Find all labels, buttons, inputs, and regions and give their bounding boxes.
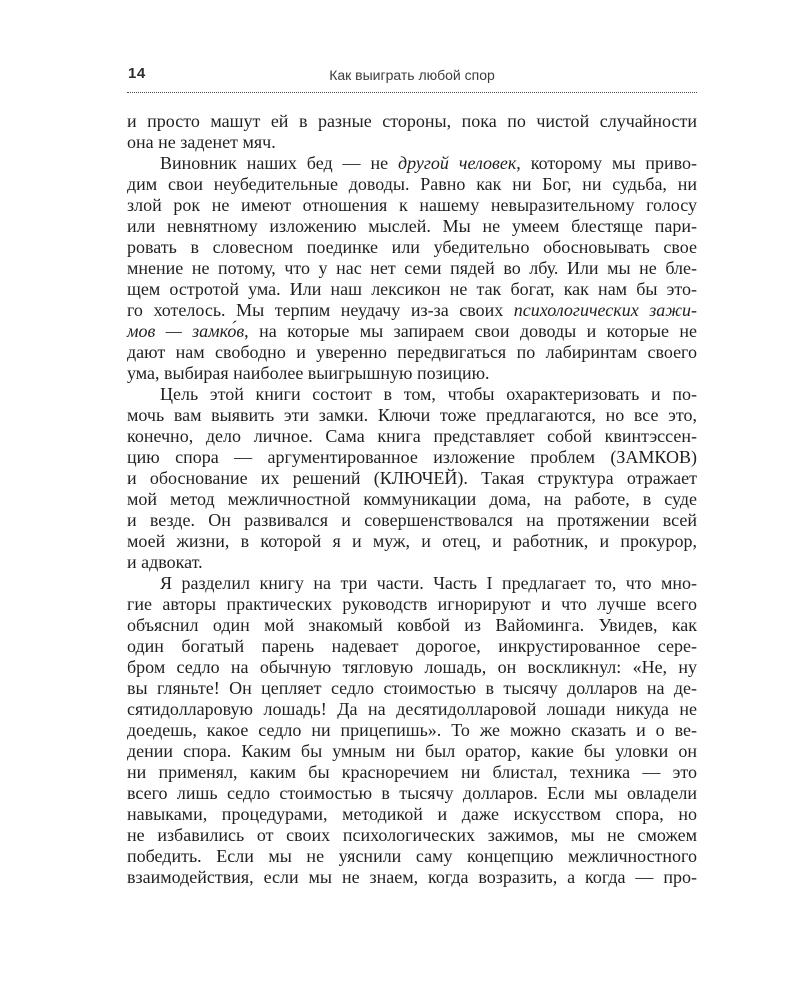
text-run: ровать в словесном поединке или убедител… <box>127 237 697 257</box>
text-line: мнение не потому, что у нас нет семи пяд… <box>127 258 697 279</box>
text-run: или невнятному изложению мыслей. Мы не у… <box>127 216 697 236</box>
text-run: вы гляньте! Он цепляет седло стоимостью … <box>127 678 697 698</box>
text-run: мочь вам выявить эти замки. Ключи тоже п… <box>127 405 697 425</box>
text-line: мой метод межличностной коммуникации дом… <box>127 489 697 510</box>
text-line: сятидолларовую лошадь! Да на десятидолла… <box>127 699 697 720</box>
text-run: цию спора — аргументированное изложение … <box>127 447 697 467</box>
text-run: Цель этой книги состоит в том, чтобы оха… <box>160 384 697 404</box>
text-line: гие авторы практических руководств игнор… <box>127 594 697 615</box>
text-run: объяснил один мой знакомый ковбой из Вай… <box>127 615 697 635</box>
paragraph: Я разделил книгу на три части. Часть I п… <box>127 573 697 888</box>
text-line: Я разделил книгу на три части. Часть I п… <box>127 573 697 594</box>
text-line: злой рок не имеют отношения к нашему нев… <box>127 195 697 216</box>
paragraph: и просто машут ей в разные стороны, пока… <box>127 111 697 153</box>
text-run: доедешь, какое седло ни прицепишь». То ж… <box>127 720 697 740</box>
text-line: она не заденет мяч. <box>127 132 697 153</box>
text-run: мой метод межличностной коммуникации дом… <box>127 489 697 509</box>
text-run: один богатый парень надевает дорогое, ин… <box>127 636 697 656</box>
text-line: и обоснование их решений (КЛЮЧЕЙ). Такая… <box>127 468 697 489</box>
text-line: навыками, процедурами, методикой и даже … <box>127 804 697 825</box>
text-line: объяснил один мой знакомый ковбой из Вай… <box>127 615 697 636</box>
text-line: ровать в словесном поединке или убедител… <box>127 237 697 258</box>
text-run: навыками, процедурами, методикой и даже … <box>127 804 697 824</box>
text-run: дении спора. Каким бы умным ни был орато… <box>127 741 697 761</box>
text-run: сятидолларовую лошадь! Да на десятидолла… <box>127 699 697 719</box>
text-line: щем остротой ума. Или наш лексикон не та… <box>127 279 697 300</box>
text-line: мочь вам выявить эти замки. Ключи тоже п… <box>127 405 697 426</box>
text-line: моей жизни, в которой я и муж, и отец, и… <box>127 531 697 552</box>
text-run: злой рок не имеют отношения к нашему нев… <box>127 195 697 215</box>
text-line: дают нам свободно и уверенно передвигать… <box>127 342 697 363</box>
text-run: и обоснование их решений (КЛЮЧЕЙ). Такая… <box>127 468 697 488</box>
text-line: или невнятному изложению мыслей. Мы не у… <box>127 216 697 237</box>
text-line: дении спора. Каким бы умным ни был орато… <box>127 741 697 762</box>
text-line: цию спора — аргументированное изложение … <box>127 447 697 468</box>
text-line: всего лишь седло стоимостью в тысячу дол… <box>127 783 697 804</box>
text-run: го хотелось. Мы терпим неудачу из-за сво… <box>127 300 514 320</box>
body-text: и просто машут ей в разные стороны, пока… <box>127 111 697 888</box>
text-run: дают нам свободно и уверенно передвигать… <box>127 342 697 362</box>
text-line: го хотелось. Мы терпим неудачу из-за сво… <box>127 300 697 321</box>
text-run: , на которые мы запираем свои доводы и к… <box>244 321 697 341</box>
text-line: взаимодействия, если мы не знаем, когда … <box>127 867 697 888</box>
text-line: дим свои неубедительные доводы. Равно ка… <box>127 174 697 195</box>
text-line: и адвокат. <box>127 552 697 573</box>
text-run: и адвокат. <box>127 552 203 572</box>
paragraph: Виновник наших бед — не другой человек, … <box>127 153 697 384</box>
page-header: 14 Как выиграть любой спор <box>127 63 697 85</box>
text-line: Цель этой книги состоит в том, чтобы оха… <box>127 384 697 405</box>
text-line: и везде. Он развивался и совершенствовал… <box>127 510 697 531</box>
text-line: мов — замко́в, на которые мы запираем св… <box>127 321 697 342</box>
text-line: ума, выбирая наиболее выигрышную позицию… <box>127 363 697 384</box>
italic-run: мов — замко́в <box>127 321 244 341</box>
text-run: Виновник наших бед — не <box>160 153 398 173</box>
text-run: гие авторы практических руководств игнор… <box>127 594 697 614</box>
text-line: бром седло на обычную тягловую лошадь, о… <box>127 657 697 678</box>
text-run: Я разделил книгу на три части. Часть I п… <box>160 573 697 593</box>
text-line: и просто машут ей в разные стороны, пока… <box>127 111 697 132</box>
paragraph: Цель этой книги состоит в том, чтобы оха… <box>127 384 697 573</box>
italic-run: психологических зажи- <box>514 300 697 320</box>
header-rule <box>127 92 697 93</box>
text-line: один богатый парень надевает дорогое, ин… <box>127 636 697 657</box>
text-line: Виновник наших бед — не другой человек, … <box>127 153 697 174</box>
text-run: бром седло на обычную тягловую лошадь, о… <box>127 657 697 677</box>
text-line: доедешь, какое седло ни прицепишь». То ж… <box>127 720 697 741</box>
text-run: , которому мы приво- <box>516 153 697 173</box>
text-line: ни применял, каким бы красноречием ни бл… <box>127 762 697 783</box>
text-line: победить. Если мы не уяснили саму концеп… <box>127 846 697 867</box>
text-line: конечно, дело личное. Сама книга предста… <box>127 426 697 447</box>
text-run: ума, выбирая наиболее выигрышную позицию… <box>127 363 490 383</box>
text-run: всего лишь седло стоимостью в тысячу дол… <box>127 783 697 803</box>
text-run: взаимодействия, если мы не знаем, когда … <box>127 867 697 887</box>
running-title: Как выиграть любой спор <box>127 67 697 83</box>
italic-run: другой человек <box>398 153 516 173</box>
text-run: моей жизни, в которой я и муж, и отец, и… <box>127 531 697 551</box>
text-run: ни применял, каким бы красноречием ни бл… <box>127 762 697 782</box>
text-run: не избавились от своих психологических з… <box>127 825 697 845</box>
text-run: дим свои неубедительные доводы. Равно ка… <box>127 174 697 194</box>
text-run: победить. Если мы не уяснили саму концеп… <box>127 846 697 866</box>
text-run: мнение не потому, что у нас нет семи пяд… <box>127 258 697 278</box>
text-run: она не заденет мяч. <box>127 132 276 152</box>
text-run: щем остротой ума. Или наш лексикон не та… <box>127 279 697 299</box>
book-page: 14 Как выиграть любой спор и просто машу… <box>0 0 800 1000</box>
text-run: конечно, дело личное. Сама книга предста… <box>127 426 697 446</box>
text-line: не избавились от своих психологических з… <box>127 825 697 846</box>
text-run: и везде. Он развивался и совершенствовал… <box>127 510 697 530</box>
text-run: и просто машут ей в разные стороны, пока… <box>127 111 697 131</box>
text-line: вы гляньте! Он цепляет седло стоимостью … <box>127 678 697 699</box>
